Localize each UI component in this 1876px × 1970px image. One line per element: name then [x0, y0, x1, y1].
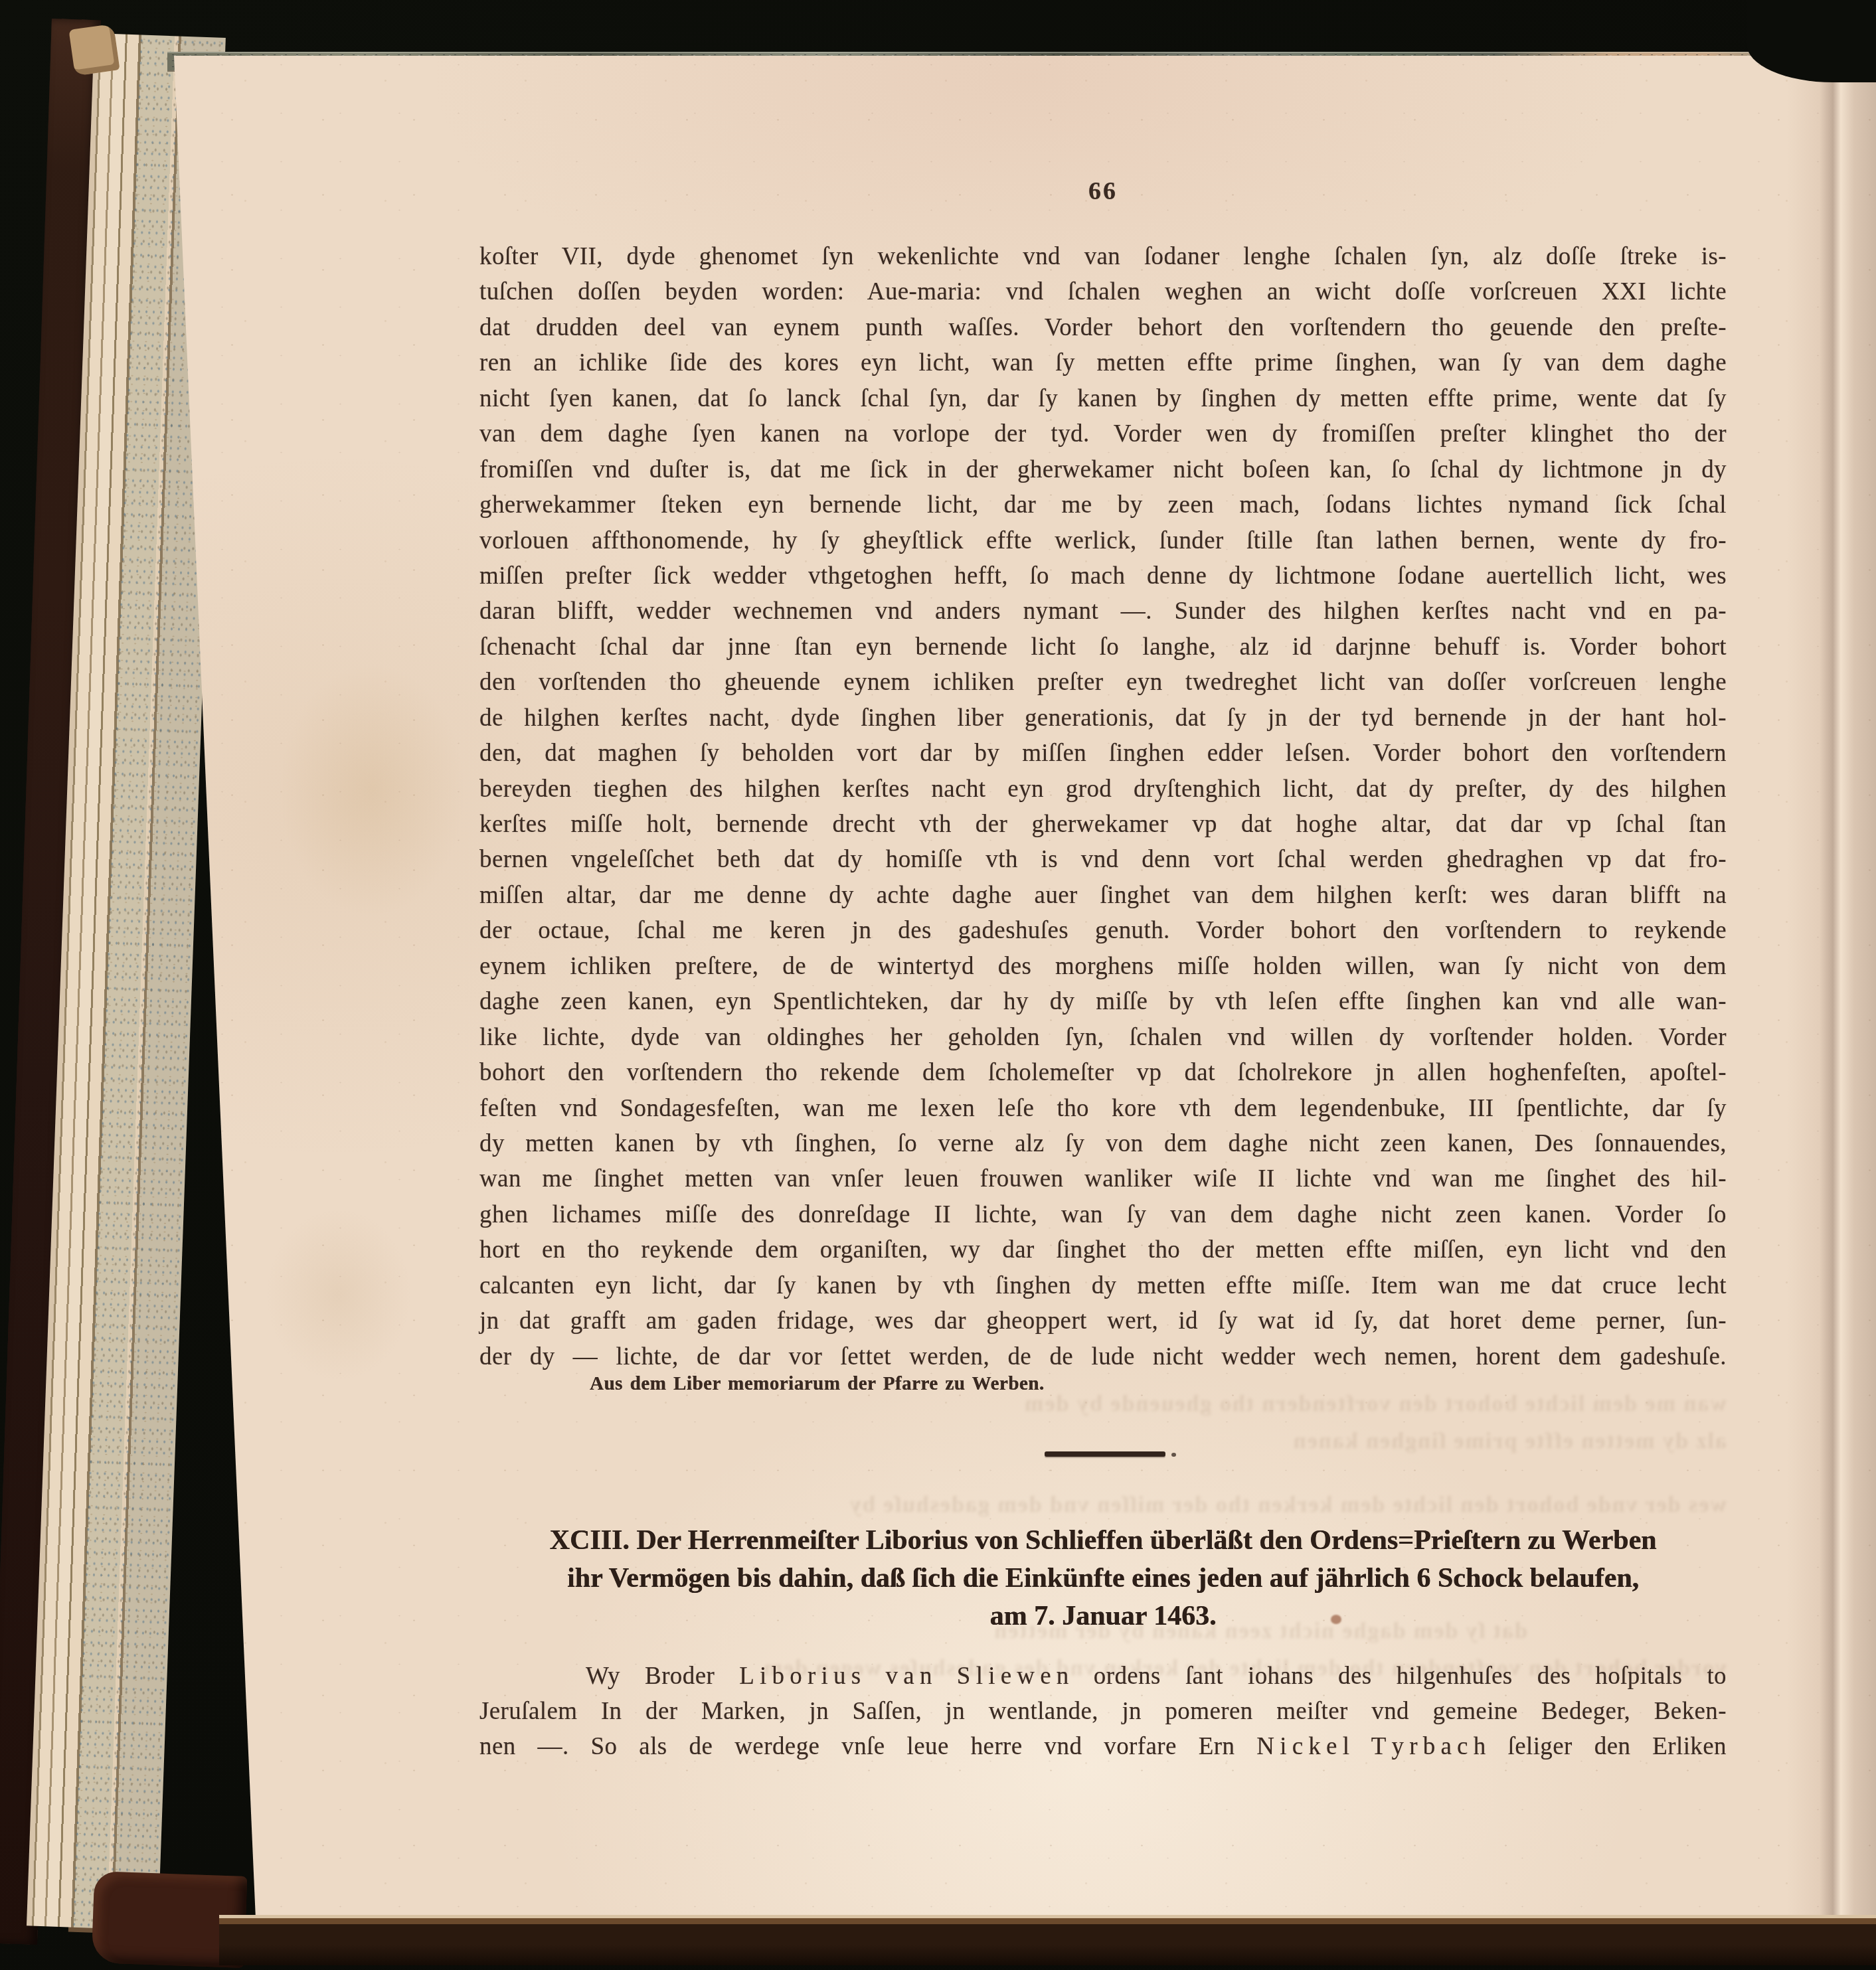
body-text-line: vorlouen affthonomende, hy ſy gheyſtlick…	[479, 523, 1727, 558]
paper-stain	[279, 664, 465, 916]
body-text-line: bereyden tieghen des hilghen kerſtes nac…	[479, 772, 1727, 807]
show-through-line: wan me dem lichte bohort den vorftendern…	[631, 1392, 1727, 1417]
paper-stain	[266, 1208, 412, 1381]
body-text-line: hort en tho reykende dem organiſten, wy …	[479, 1232, 1727, 1268]
body-text-line: der dy — lichte, de dar vor ſettet werde…	[479, 1339, 1727, 1374]
body-text-line: like lichte, dyde van oldinghes her geho…	[479, 1020, 1727, 1055]
photo-of-open-book: wan me dem lichte bohort den vorftendern…	[0, 0, 1876, 1970]
body-text-line: daghe zeen kanen, eyn Spentlichteken, da…	[479, 984, 1727, 1019]
body-text-line: fromiſſen vnd duſter is, dat me ſick in …	[479, 452, 1727, 487]
section-heading-line: ihr Vermögen bis dahin, daß ſich die Ein…	[479, 1560, 1727, 1598]
body-text-line: bernen vngeleſſchet beth dat dy homiſſe …	[479, 842, 1727, 877]
body-text-line: ſchenacht ſchal dar jnne ſtan eyn bernen…	[479, 629, 1727, 665]
section-heading-line: XCIII. Der Herrenmeiſter Liborius von Sc…	[479, 1522, 1727, 1560]
body-text-line: eynem ichliken preſtere, de de wintertyd…	[479, 949, 1727, 984]
section-paragraph-line: nen —. So als de werdege vnſe leue herre…	[479, 1729, 1727, 1764]
body-text-line: gherwekammer ſteken eyn bernende licht, …	[479, 487, 1727, 523]
body-text-line: nicht ſyen kanen, dat ſo lanck ſchal ſyn…	[479, 381, 1727, 416]
section-heading-line: am 7. Januar 1463.	[479, 1598, 1727, 1635]
section-divider	[1045, 1451, 1165, 1457]
body-text-line: jn dat grafft am gaden fridage, wes dar …	[479, 1303, 1727, 1339]
body-text-line: feſten vnd Sondagesfeſten, wan me lexen …	[479, 1091, 1727, 1126]
body-text-line: den vorſtenden tho gheuende eynem ichlik…	[479, 665, 1727, 700]
book-page: wan me dem lichte bohort den vorftendern…	[0, 0, 1876, 1919]
body-text-line: bohort den vorſtendern tho rekende dem ſ…	[479, 1055, 1727, 1090]
body-text-line: ren an ichlike ſide des kores eyn licht,…	[479, 345, 1727, 380]
body-text-line: calcanten eyn licht, dar ſy kanen by vth…	[479, 1268, 1727, 1303]
body-text-line: miſſen altar, dar me denne dy achte dagh…	[479, 878, 1727, 913]
body-text-line: dat drudden deel van eynem punth waſſes.…	[479, 310, 1727, 345]
body-text-line: den, dat maghen ſy beholden vort dar by …	[479, 736, 1727, 771]
source-note: Aus dem Liber memoriarum der Pfarre zu W…	[590, 1373, 1045, 1395]
body-text-line: de hilghen kerſtes nacht, dyde ſinghen l…	[479, 700, 1727, 736]
page-number: 66	[479, 177, 1727, 206]
body-text-line: van dem daghe ſyen kanen na vorlope der …	[479, 416, 1727, 451]
section-heading: XCIII. Der Herrenmeiſter Liborius von Sc…	[479, 1522, 1727, 1635]
section-paragraph-line: Jeruſalem In der Marken, jn Saſſen, jn w…	[479, 1694, 1727, 1729]
section-paragraph: Wy Broder L i b o r i u s v a n S l i e …	[479, 1659, 1727, 1764]
body-text: koſter VII, dyde ghenomet ſyn wekenlicht…	[479, 239, 1727, 1374]
body-text-line: wan me ſinghet metten van vnſer leuen fr…	[479, 1161, 1727, 1196]
section-paragraph-line: Wy Broder L i b o r i u s v a n S l i e …	[479, 1659, 1727, 1694]
body-text-line: der octaue, ſchal me keren jn des gadesh…	[479, 913, 1727, 948]
body-text-line: ghen lichames miſſe des donreſdage II li…	[479, 1197, 1727, 1232]
body-text-line: koſter VII, dyde ghenomet ſyn wekenlicht…	[479, 239, 1727, 274]
body-text-line: daran blifft, wedder wechnemen vnd ander…	[479, 594, 1727, 629]
book-bottom-cover-edge	[219, 1915, 1876, 1965]
body-text-line: dy metten kanen by vth ſinghen, ſo verne…	[479, 1126, 1727, 1161]
damaged-spine-fragment	[68, 24, 120, 76]
body-text-line: miſſen preſter ſick wedder vthgetoghen h…	[479, 558, 1727, 594]
body-text-line: tuſchen doſſen beyden worden: Aue-maria:…	[479, 274, 1727, 309]
show-through-line: alz dy metten effte prime ſinghen kanen	[996, 1429, 1727, 1454]
show-through-line: wes der vnde bohort den lichte dem kerke…	[491, 1493, 1727, 1518]
body-text-line: kerſtes miſſe holt, bernende drecht vth …	[479, 807, 1727, 842]
